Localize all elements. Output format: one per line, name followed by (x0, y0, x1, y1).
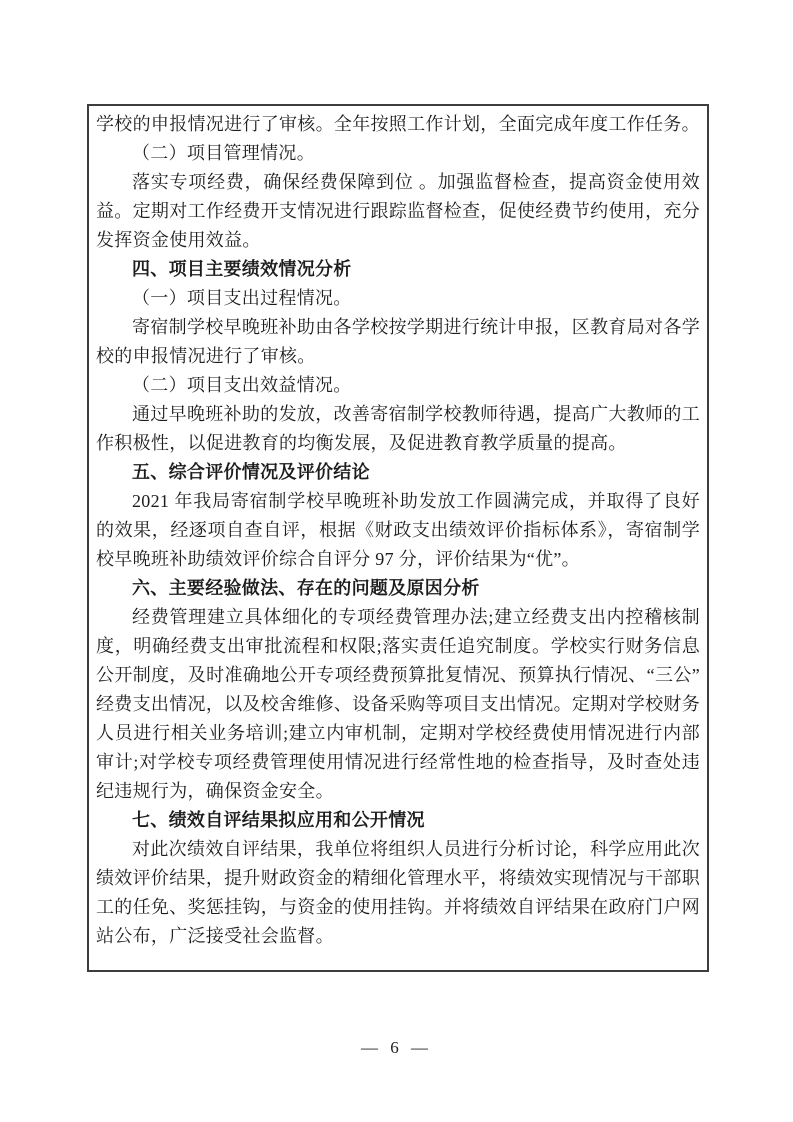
section-heading: 四、项目主要绩效情况分析 (96, 255, 700, 284)
content-border-box: 学校的申报情况进行了审核。全年按照工作计划，全面完成年度工作任务。（二）项目管理… (87, 104, 709, 972)
section-heading: 七、绩效自评结果拟应用和公开情况 (96, 806, 700, 835)
paragraph: 对此次绩效自评结果，我单位将组织人员进行分析讨论，科学应用此次绩效评价结果，提升… (96, 835, 700, 951)
paragraph: 落实专项经费，确保经费保障到位 。加强监督检查，提高资金使用效益。定期对工作经费… (96, 168, 700, 255)
paragraph: （二）项目管理情况。 (96, 139, 700, 168)
paragraph: 通过早晚班补助的发放，改善寄宿制学校教师待遇，提高广大教师的工作积极性，以促进教… (96, 400, 700, 458)
paragraph: 学校的申报情况进行了审核。全年按照工作计划，全面完成年度工作任务。 (96, 110, 700, 139)
paragraph: （二）项目支出效益情况。 (96, 371, 700, 400)
paragraph: 2021 年我局寄宿制学校早晚班补助发放工作圆满完成，并取得了良好的效果，经逐项… (96, 487, 700, 574)
document-page: 学校的申报情况进行了审核。全年按照工作计划，全面完成年度工作任务。（二）项目管理… (0, 0, 793, 1122)
section-heading: 五、综合评价情况及评价结论 (96, 458, 700, 487)
paragraph: 寄宿制学校早晚班补助由各学校按学期进行统计申报，区教育局对各学校的申报情况进行了… (96, 313, 700, 371)
paragraph: 经费管理建立具体细化的专项经费管理办法;建立经费支出内控稽核制度，明确经费支出审… (96, 603, 700, 806)
page-number: — 6 — (0, 1038, 793, 1058)
section-heading: 六、主要经验做法、存在的问题及原因分析 (96, 574, 700, 603)
paragraph: （一）项目支出过程情况。 (96, 284, 700, 313)
